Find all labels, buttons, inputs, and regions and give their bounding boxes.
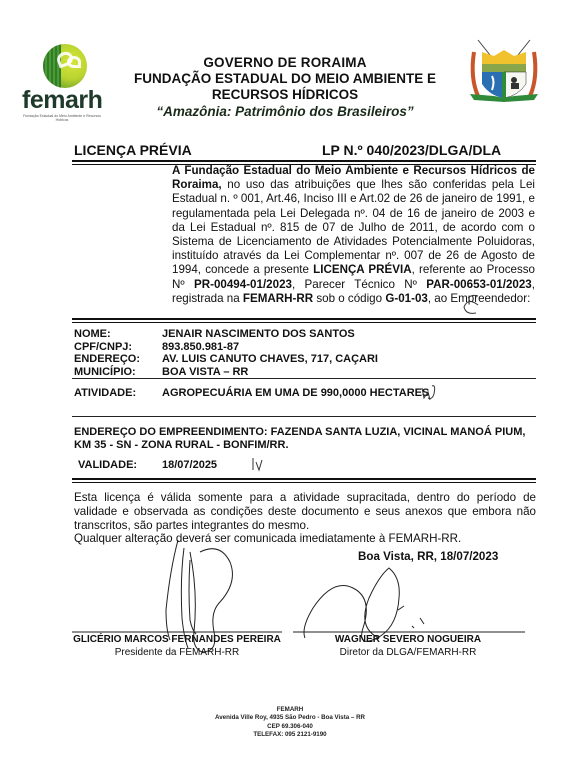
holder-row-name: NOME:JENAIR NASCIMENTO DOS SANTOS <box>74 328 378 341</box>
validity-date: 18/07/2025 <box>162 459 217 471</box>
holder-bottom-divider <box>72 378 536 379</box>
org-name-line2: RECURSOS HÍDRICOS <box>110 87 460 103</box>
field-label: ATIVIDADE: <box>74 387 162 399</box>
signer-director: WAGNER SEVERO NOGUEIRA Diretor da DLGA/F… <box>293 634 523 659</box>
footer-address: Avenida Ville Roy, 4935 São Pedro - Boa … <box>150 714 430 722</box>
holder-name: JENAIR NASCIMENTO DOS SANTOS <box>162 328 355 341</box>
validity-row: VALIDADE: 18/07/2025 <box>78 459 217 471</box>
field-label: MUNICÍPIO: <box>74 366 162 379</box>
preamble-text: no uso das atribuições que lhes são conf… <box>172 178 535 276</box>
holder-address: AV. LUIS CANUTO CHAVES, 717, CAÇARI <box>162 353 378 366</box>
holder-row-municipality: MUNICÍPIO:BOA VISTA – RR <box>74 366 378 379</box>
document-type: LICENÇA PRÉVIA <box>74 142 192 158</box>
signer-role: Presidente da FEMARH-RR <box>72 647 282 660</box>
activity-divider <box>72 416 536 417</box>
holder-municipality: BOA VISTA – RR <box>162 366 248 379</box>
footer-cep: CEP 69.306-040 <box>150 723 430 731</box>
signer-president: GLICÉRIO MARCOS FERNANDES PEREIRA Presid… <box>72 634 282 659</box>
parecer-number: PAR-00653-01/2023 <box>426 278 532 291</box>
holder-row-address: ENDEREÇO:AV. LUIS CANUTO CHAVES, 717, CA… <box>74 353 378 366</box>
license-terms: Esta licença é válida somente para a ati… <box>74 491 536 546</box>
license-preamble: A Fundação Estadual do Meio Ambiente e R… <box>172 164 535 306</box>
motto: “Amazônia: Patrimônio dos Brasileiros” <box>110 103 460 120</box>
activity-row: ATIVIDADE: AGROPECUÁRIA EM UMA DE 990,00… <box>74 387 429 399</box>
license-type-bold: LICENÇA PRÉVIA <box>313 263 411 276</box>
preamble-text: sob o código <box>313 292 385 305</box>
field-label: NOME: <box>74 328 162 341</box>
footer: FEMARH Avenida Ville Roy, 4935 São Pedro… <box>150 706 430 740</box>
logo-subtext: Fundação Estadual do Meio Ambiente e Rec… <box>22 114 102 122</box>
field-label: VALIDADE: <box>78 459 162 471</box>
field-label: ENDEREÇO: <box>74 353 162 366</box>
org-name-line1: FUNDAÇÃO ESTADUAL DO MEIO AMBIENTE E <box>110 71 460 87</box>
signer-role: Diretor da DLGA/FEMARH-RR <box>293 647 523 660</box>
document-number: LP N.º 040/2023/DLGA/DLA <box>322 142 501 158</box>
signer-name: GLICÉRIO MARCOS FERNANDES PEREIRA <box>72 634 282 647</box>
enterprise-address: ENDEREÇO DO EMPREENDIMENTO: FAZENDA SANT… <box>74 426 534 451</box>
registry-code: G-01-03 <box>385 292 428 305</box>
femarh-leaf-icon <box>43 44 87 88</box>
preamble-text: , ao Empreendedor: <box>428 292 530 305</box>
gov-name: GOVERNO DE RORAIMA <box>110 55 460 71</box>
holder-top-divider <box>72 318 536 323</box>
holder-info: NOME:JENAIR NASCIMENTO DOS SANTOS CPF/CN… <box>74 328 378 378</box>
letterhead: GOVERNO DE RORAIMA FUNDAÇÃO ESTADUAL DO … <box>110 55 460 120</box>
field-label: CPF/CNPJ: <box>74 341 162 354</box>
footer-phone: TELEFAX: 095 2121-9190 <box>150 731 430 739</box>
registry-name: FEMARH-RR <box>243 292 313 305</box>
logo-wordmark: femarh <box>22 88 102 113</box>
activity-value: AGROPECUÁRIA EM UMA DE 990,0000 HECTARES <box>162 387 429 399</box>
footer-org: FEMARH <box>150 706 430 714</box>
terms-notice: Qualquer alteração deverá ser comunicada… <box>74 532 536 546</box>
signer-name: WAGNER SEVERO NOGUEIRA <box>293 634 523 647</box>
place-and-date: Boa Vista, RR, 18/07/2023 <box>358 550 498 563</box>
preamble-text: , Parecer Técnico Nº <box>292 278 426 291</box>
validity-divider <box>72 478 536 483</box>
process-number: PR-00494-01/2023 <box>194 278 292 291</box>
holder-row-cpf: CPF/CNPJ:893.850.981-87 <box>74 341 378 354</box>
holder-cpf: 893.850.981-87 <box>162 341 239 354</box>
roraima-coat-of-arms-icon <box>464 38 544 110</box>
femarh-logo: femarh Fundação Estadual do Meio Ambient… <box>18 44 106 124</box>
terms-paragraph: Esta licença é válida somente para a ati… <box>74 491 536 532</box>
